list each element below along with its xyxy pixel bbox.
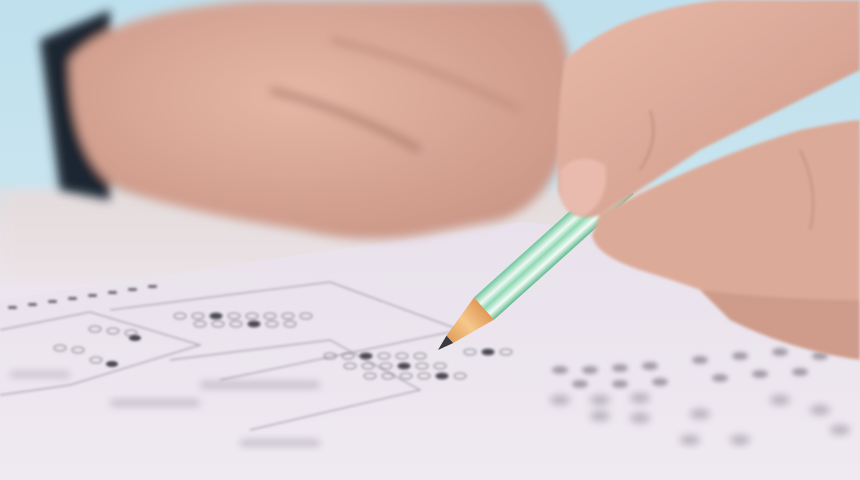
right-hand [0,0,860,480]
photo-scene [0,0,860,480]
